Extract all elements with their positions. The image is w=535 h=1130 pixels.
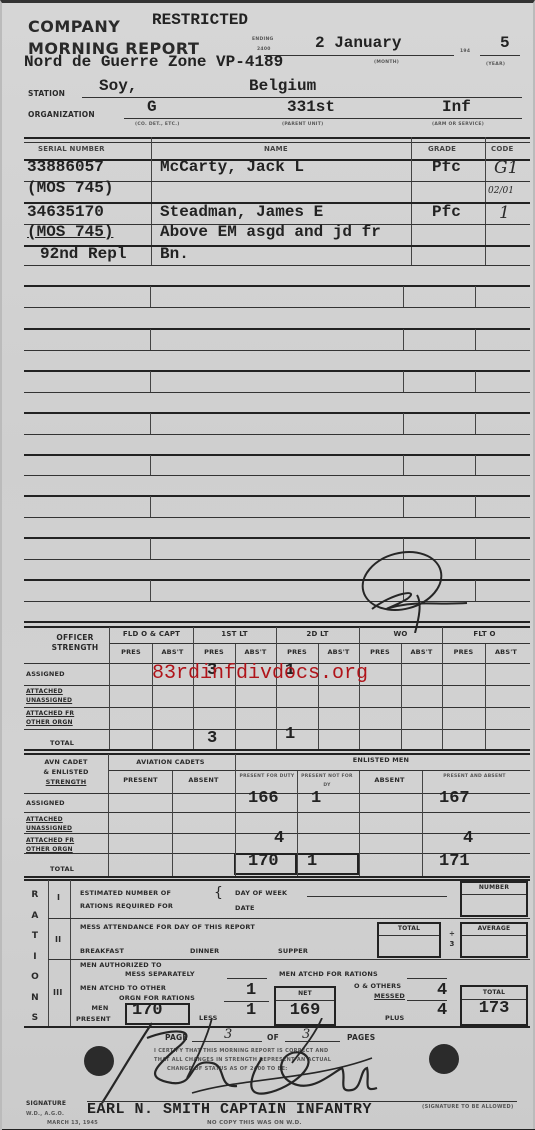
report-date: 2 January	[315, 34, 401, 52]
atchd-other-line1: MEN ATCHD TO OTHER	[80, 984, 166, 992]
dinner-label: DINNER	[190, 947, 219, 955]
total-present-not-duty-box	[295, 853, 359, 875]
report-year: 5	[500, 34, 510, 52]
mess-total-label: TOTAL	[379, 925, 439, 932]
auth-line1: MEN AUTHORIZED TO	[80, 961, 162, 969]
total-present-absent: 171	[439, 852, 470, 871]
signature-label: SIGNATURE	[26, 1100, 66, 1107]
row-assigned: ASSIGNED	[26, 670, 65, 678]
sub-co-label: (CO. DET., ETC.)	[135, 122, 180, 127]
day-of-week-label: DAY OF WEEK	[235, 889, 287, 897]
copy-note: NO COPY THIS WAS ON W.D.	[207, 1120, 302, 1126]
atchd-other-value: 1	[246, 981, 256, 1000]
status-code: 1	[499, 203, 510, 223]
row-attached-unassigned: ATTACHED UNASSIGNED	[26, 687, 98, 705]
status-code: G1	[494, 158, 518, 178]
group-2d-lt: 2D LT	[276, 630, 359, 638]
organization-label: ORGANIZATION	[28, 110, 95, 119]
classification-stamp: RESTRICTED	[152, 11, 248, 29]
org-arm: Inf	[442, 98, 471, 116]
em-present-not-duty-header: PRESENT NOT FOR DY	[297, 772, 357, 790]
total-present-duty: 170	[248, 852, 279, 871]
form-id-line1: W.D., A.G.O.	[26, 1111, 64, 1117]
group-1st-lt: 1ST LT	[193, 630, 276, 638]
ending-time-label: 2400	[257, 47, 271, 52]
section-i-label: I	[57, 893, 60, 902]
sub-pres: PRES	[359, 648, 401, 656]
em-present-duty-header: PRESENT FOR DUTY	[237, 772, 297, 781]
others-messed-line2: MESSED	[374, 992, 405, 1000]
date-label: DATE	[235, 904, 255, 912]
sub-pres: PRES	[110, 648, 152, 656]
station-label: STATION	[28, 89, 65, 98]
brace-icon: {	[214, 885, 223, 901]
handwritten-q-mark-icon	[347, 543, 477, 633]
cadet-present-header: PRESENT	[109, 776, 172, 784]
location-code: Nord de Guerre Zone VP-4189	[24, 53, 283, 71]
row-attached-other-orgn: ATTACHED FR OTHER ORGN	[26, 709, 98, 727]
status-code-date: 02/01	[488, 186, 514, 196]
sub-arm-label: (ARM OR SERVICE)	[432, 122, 484, 127]
atchd-for-rations-label: MEN ATCHD FOR RATIONS	[279, 970, 378, 978]
year-label: (YEAR)	[486, 62, 505, 67]
row-attached-other-orgn: ATTACHED FR OTHER ORGN	[26, 836, 98, 854]
signature-scrawl-icon	[92, 1018, 422, 1108]
sub-abs: ABS'T	[485, 648, 527, 656]
enlisted-men-header: ENLISTED MEN	[235, 756, 527, 764]
col-name: NAME	[264, 145, 288, 153]
sub-abs: ABS'T	[401, 648, 442, 656]
plus-value: 4	[437, 1001, 447, 1020]
assigned-present-absent: 167	[439, 789, 470, 808]
serial-number: 34635170	[27, 203, 104, 221]
breakfast-label: BREAKFAST	[80, 947, 124, 955]
mos-code: (MOS 745)	[27, 223, 113, 241]
row-total: TOTAL	[50, 865, 74, 873]
section-ii-label: II	[55, 935, 61, 944]
watermark: 83rdinfdivdocs.org	[152, 662, 368, 685]
enlisted-title-1: AVN CADET	[30, 758, 102, 766]
officer-strength-title-1: OFFICER	[40, 633, 110, 642]
row-attached-unassigned: ATTACHED UNASSIGNED	[26, 815, 98, 833]
officer-strength-title-2: STRENGTH	[40, 643, 110, 652]
year-prefix: 194	[460, 49, 470, 54]
form-id-line2: MARCH 13, 1945	[47, 1120, 98, 1126]
est-rations-line2: RATIONS REQUIRED FOR	[80, 902, 173, 910]
row-total: TOTAL	[50, 739, 74, 747]
sub-abs: ABS'T	[152, 648, 193, 656]
auth-line2: MESS SEPARATELY	[125, 970, 195, 978]
org-company: G	[147, 98, 157, 116]
enlisted-title-3: STRENGTH	[30, 778, 102, 786]
total-1st-lt-pres: 3	[207, 729, 217, 748]
assigned-present-duty: 166	[248, 789, 279, 808]
divide-by-three: ÷ 3	[447, 929, 457, 949]
group-wo: WO	[359, 630, 442, 638]
sub-parent-label: (PARENT UNIT)	[282, 122, 324, 127]
rations-vertical-label: RATIONS	[30, 885, 40, 1029]
remarks-line: Above EM asgd and jd fr	[160, 223, 381, 241]
signer-name: EARL N. SMITH CAPTAIN INFANTRY	[87, 1101, 372, 1118]
station-town: Soy,	[99, 77, 137, 95]
est-rations-line1: ESTIMATED NUMBER OF	[80, 889, 171, 897]
col-grade: GRADE	[428, 145, 456, 153]
others-messed-line1: O & OTHERS	[354, 982, 401, 990]
total-2d-lt-pres: 1	[285, 725, 295, 744]
grade: Pfc	[432, 203, 461, 221]
rations-total-label: TOTAL	[462, 989, 526, 996]
soldier-name: McCarty, Jack L	[160, 158, 304, 176]
sub-pres: PRES	[276, 648, 318, 656]
org-parent-unit: 331st	[287, 98, 335, 116]
assigned-present-not-duty: 1	[311, 789, 321, 808]
soldier-name: Steadman, James E	[160, 203, 323, 221]
punch-hole-right	[429, 1044, 459, 1074]
row-assigned: ASSIGNED	[26, 799, 65, 807]
serial-number: 33886057	[27, 158, 104, 176]
form-title-company: COMPANY	[28, 17, 120, 36]
sub-abs: ABS'T	[318, 648, 359, 656]
group-flt-o: FLT O	[442, 630, 527, 638]
section-iii-label: III	[53, 988, 63, 997]
col-serial-number: SERIAL NUMBER	[38, 145, 105, 153]
mess-attendance-label: MESS ATTENDANCE FOR DAY OF THIS REPORT	[80, 923, 255, 931]
remarks-line: Bn.	[160, 245, 189, 263]
grade: Pfc	[432, 158, 461, 176]
supper-label: SUPPER	[278, 947, 308, 955]
number-label: NUMBER	[462, 884, 526, 891]
group-fld-o-capt: FLD O & CAPT	[110, 630, 193, 638]
rations-total-value: 173	[462, 999, 526, 1018]
attached-present-absent: 4	[463, 829, 473, 848]
mos-code: (MOS 745)	[27, 179, 113, 197]
sub-abs: ABS'T	[235, 648, 276, 656]
signer-subtitle: (SIGNATURE TO BE ALLOWED)	[422, 1104, 514, 1110]
net-label: NET	[276, 990, 334, 997]
men-present-line1: MEN	[80, 1004, 120, 1012]
total-present-not-duty: 1	[307, 852, 317, 871]
aviation-cadets-header: AVIATION CADETS	[109, 758, 232, 766]
remarks-line: 92nd Repl	[40, 245, 126, 263]
em-present-absent-header: PRESENT AND ABSENT	[422, 772, 527, 781]
enlisted-title-2: & ENLISTED	[30, 768, 102, 776]
sub-pres: PRES	[193, 648, 235, 656]
station-country: Belgium	[249, 77, 316, 95]
others-messed-value: 4	[437, 981, 447, 1000]
morning-report-form: COMPANY RESTRICTED MORNING REPORT ENDING…	[0, 0, 535, 1130]
ending-label: ENDING	[252, 37, 274, 42]
sub-pres: PRES	[442, 648, 485, 656]
em-absent-header: ABSENT	[357, 776, 422, 784]
month-label: (MONTH)	[374, 60, 399, 65]
attached-present-duty: 4	[274, 829, 284, 848]
cadet-absent-header: ABSENT	[172, 776, 235, 784]
average-label: AVERAGE	[462, 925, 526, 932]
col-code: CODE	[491, 145, 513, 153]
